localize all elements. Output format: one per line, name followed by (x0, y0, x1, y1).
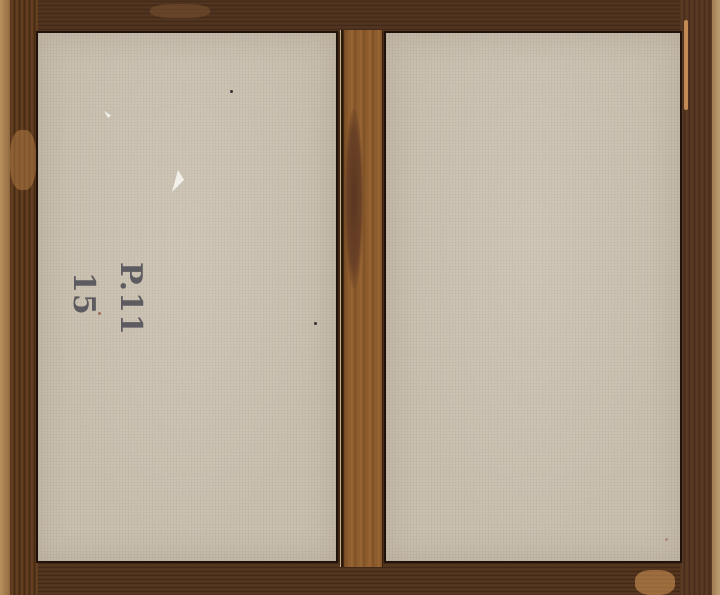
frame-wear-mark (150, 4, 210, 18)
frame-top-rail (0, 0, 720, 33)
stencil-code: P.11 (113, 262, 148, 336)
painting-back-photo: 15 P.11 (0, 0, 720, 595)
frame-wear-mark (684, 20, 688, 110)
center-crossbar (340, 30, 383, 567)
wood-knot (345, 108, 363, 288)
frame-right-edge (712, 0, 720, 595)
canvas-speck (98, 312, 101, 315)
canvas-right-panel (386, 33, 680, 561)
frame-wear-mark (10, 130, 36, 190)
canvas-speck (665, 538, 668, 541)
canvas-speck (314, 322, 317, 325)
canvas-speck (230, 90, 233, 93)
frame-wear-mark (635, 570, 675, 595)
stencil-number: 15 (66, 272, 101, 316)
frame-left-edge (0, 0, 10, 595)
